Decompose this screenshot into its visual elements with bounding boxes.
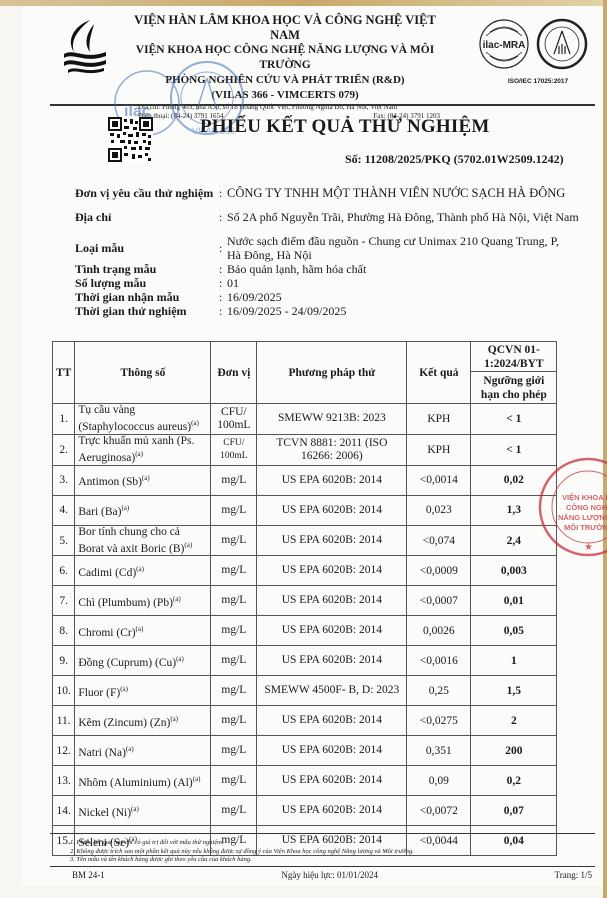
svg-text:ilac-MRA: ilac-MRA xyxy=(483,40,526,51)
cell-unit-text: CFU/ 100mL xyxy=(217,406,250,431)
ilac-mra-badge-icon: ilac-MRA xyxy=(478,18,530,70)
cell-unit-text: mg/L xyxy=(221,594,246,606)
table-row: 11.Kẽm (Zincum) (Zn)(a)mg/LUS EPA 6020B:… xyxy=(53,706,557,736)
info-label: Loại mẫu xyxy=(75,241,219,255)
cell-tt-text: 10. xyxy=(56,685,70,697)
cell-limit: 200 xyxy=(471,736,557,766)
cell-tt-text: 1. xyxy=(59,413,68,425)
cell-limit: 2,4 xyxy=(471,525,557,556)
table-row: 12.Natri (Na)(a)mg/LUS EPA 6020B: 20140,… xyxy=(53,736,557,766)
document-number: Số: 11208/2025/PKQ (5702.01W2509.1242) xyxy=(345,152,564,167)
cell-limit-text: 1,5 xyxy=(507,685,521,697)
cell-limit: < 1 xyxy=(471,434,557,465)
accreditation-mark: (a) xyxy=(120,685,128,693)
results-table: TT Thông số Đơn vị Phương pháp thử Kết q… xyxy=(52,341,557,856)
cell-unit-text: CFU/ 100mL xyxy=(220,438,247,461)
accreditation-mark: (a) xyxy=(126,745,134,753)
table-row: 7.Chì (Plumbum) (Pb)(a)mg/LUS EPA 6020B:… xyxy=(53,586,557,616)
info-label: Đơn vị yêu cầu thử nghiệm xyxy=(75,186,219,201)
info-value-received-date: 16/09/2025 xyxy=(227,290,605,304)
cell-method: US EPA 6020B: 2014 xyxy=(257,616,407,646)
header-parameter: Thông số xyxy=(75,342,211,404)
cell-result: KPH xyxy=(407,404,471,435)
info-label: Tình trạng mẫu xyxy=(75,262,219,276)
cell-parameter: Bor tính chung cho cả Borat và axit Bori… xyxy=(75,525,211,556)
cell-tt: 12. xyxy=(53,736,75,766)
info-label: Thời gian thử nghiệm xyxy=(75,304,219,318)
cell-method: US EPA 6020B: 2014 xyxy=(257,525,407,556)
cell-unit: mg/L xyxy=(211,736,257,766)
cell-unit: mg/L xyxy=(211,586,257,616)
cell-limit-text: 0,07 xyxy=(504,805,524,817)
cell-limit: 2 xyxy=(471,706,557,736)
accreditation-mark: (a) xyxy=(184,541,192,549)
cell-parameter-text: Chì (Plumbum) (Pb) xyxy=(78,596,173,608)
cell-tt-text: 7. xyxy=(59,595,68,607)
cell-result-text: <0,0009 xyxy=(420,565,458,577)
cell-parameter-text: Chromi (Cr) xyxy=(78,626,135,638)
cell-result: 0,351 xyxy=(407,736,471,766)
page-number: Trang: 1/5 xyxy=(555,870,592,880)
info-value-sample-count: 01 xyxy=(227,276,605,290)
cell-tt-text: 4. xyxy=(59,504,68,516)
cell-parameter: Chromi (Cr)(a) xyxy=(75,616,211,646)
cell-limit: 0,01 xyxy=(471,586,557,616)
cell-limit-text: 0,01 xyxy=(504,595,524,607)
cell-method: US EPA 6020B: 2014 xyxy=(257,796,407,826)
cell-limit-text: 0,2 xyxy=(507,775,521,787)
accreditation-mark: (a) xyxy=(173,595,181,603)
accreditation-mark: (a) xyxy=(142,474,150,482)
table-row: 14.Nickel (Ni)(a)mg/LUS EPA 6020B: 2014<… xyxy=(53,796,557,826)
cell-unit-text: mg/L xyxy=(221,684,246,696)
cell-parameter: Kẽm (Zincum) (Zn)(a) xyxy=(75,706,211,736)
cell-limit-text: < 1 xyxy=(506,413,521,425)
qr-code-icon xyxy=(108,117,153,162)
table-row: 6.Cadimi (Cd)(a)mg/LUS EPA 6020B: 2014<0… xyxy=(53,556,557,586)
cell-tt: 3. xyxy=(53,465,75,495)
header-standard: QCVN 01-1:2024/BYT xyxy=(471,342,557,372)
form-code: BM 24-1 xyxy=(72,870,105,880)
cell-method-text: US EPA 6020B: 2014 xyxy=(282,594,382,606)
paper-edge-right xyxy=(603,0,607,898)
cell-unit-text: mg/L xyxy=(221,804,246,816)
institute-logo-icon xyxy=(60,18,110,76)
cell-result: <0,0044 xyxy=(407,826,471,856)
info-label: Số lượng mẫu xyxy=(75,276,219,290)
header-limit: Ngưỡng giới hạn cho phép xyxy=(471,372,557,404)
cell-method-text: US EPA 6020B: 2014 xyxy=(282,474,382,486)
cell-result-text: <0,0275 xyxy=(420,715,458,727)
cell-tt: 5. xyxy=(53,525,75,556)
footnotes: 1. Phiếu kết quả này chỉ có giá trị đối … xyxy=(70,839,414,865)
cell-tt-text: 9. xyxy=(59,655,68,667)
cell-limit: 1 xyxy=(471,646,557,676)
cell-result: <0,074 xyxy=(407,525,471,556)
cell-limit-text: 0,003 xyxy=(501,565,527,577)
table-row: 4.Bari (Ba)(a)mg/LUS EPA 6020B: 20140,02… xyxy=(53,495,557,525)
cell-method-text: SMEWW 9213B: 2023 xyxy=(278,412,386,424)
cell-parameter: Natri (Na)(a) xyxy=(75,736,211,766)
cell-tt: 4. xyxy=(53,495,75,525)
cell-method: SMEWW 4500F- B, D: 2023 xyxy=(257,676,407,706)
cell-tt-text: 5. xyxy=(59,535,68,547)
cell-result: 0,25 xyxy=(407,676,471,706)
cell-unit: mg/L xyxy=(211,646,257,676)
cell-method-text: US EPA 6020B: 2014 xyxy=(282,714,382,726)
cell-method: US EPA 6020B: 2014 xyxy=(257,495,407,525)
cell-limit-text: < 1 xyxy=(506,444,521,456)
cell-method-text: SMEWW 4500F- B, D: 2023 xyxy=(264,684,399,696)
cell-result-text: KPH xyxy=(427,444,450,456)
bureau-of-accreditation-badge-icon xyxy=(536,18,588,70)
accreditation-mark: (a) xyxy=(176,655,184,663)
cell-parameter-text: Tụ cầu vàng (Staphylococcus aureus) xyxy=(78,404,191,433)
cell-unit: CFU/ 100mL xyxy=(211,434,257,465)
cell-limit-text: 1,3 xyxy=(507,504,521,516)
cell-result-text: 0,25 xyxy=(429,685,449,697)
cell-method-text: US EPA 6020B: 2014 xyxy=(282,744,382,756)
cell-unit-text: mg/L xyxy=(221,564,246,576)
cell-tt-text: 8. xyxy=(59,625,68,637)
cell-result-text: <0,0072 xyxy=(420,805,458,817)
cell-limit: 1,5 xyxy=(471,676,557,706)
cell-limit-text: 200 xyxy=(505,745,522,757)
cell-parameter: Chì (Plumbum) (Pb)(a) xyxy=(75,586,211,616)
cell-result-text: 0,023 xyxy=(426,504,452,516)
cell-limit-text: 1 xyxy=(511,655,517,667)
cell-tt-text: 2. xyxy=(59,444,68,456)
cell-parameter: Fluor (F)(a) xyxy=(75,676,211,706)
cell-unit-text: mg/L xyxy=(221,624,246,636)
cell-limit: 0,003 xyxy=(471,556,557,586)
cell-result-text: 0,351 xyxy=(426,745,452,757)
document-title: PHIẾU KẾT QUẢ THỬ NGHIỆM xyxy=(200,116,490,138)
cell-result: <0,0007 xyxy=(407,586,471,616)
cell-unit: mg/L xyxy=(211,465,257,495)
cell-method: US EPA 6020B: 2014 xyxy=(257,766,407,796)
cell-limit: 0,04 xyxy=(471,826,557,856)
cell-limit: 0,2 xyxy=(471,766,557,796)
cell-limit: 1,3 xyxy=(471,495,557,525)
cell-limit: 0,05 xyxy=(471,616,557,646)
cell-limit-text: 2,4 xyxy=(507,535,521,547)
cell-result-text: <0,0044 xyxy=(420,835,458,847)
results-table-body: 1.Tụ cầu vàng (Staphylococcus aureus)(a)… xyxy=(53,404,557,856)
cell-method-text: US EPA 6020B: 2014 xyxy=(282,654,382,666)
table-row: 2.Trực khuẩn mủ xanh (Ps. Aeruginosa)(a)… xyxy=(53,434,557,465)
cell-parameter-text: Bor tính chung cho cả Borat và axit Bori… xyxy=(78,526,184,555)
header-method: Phương pháp thử xyxy=(257,342,407,404)
cell-tt-text: 12. xyxy=(56,745,70,757)
cell-limit: 0,02 xyxy=(471,465,557,495)
cell-tt-text: 13. xyxy=(56,775,70,787)
cell-method: US EPA 6020B: 2014 xyxy=(257,586,407,616)
cell-method: SMEWW 9213B: 2023 xyxy=(257,404,407,435)
table-row: 13.Nhôm (Aluminium) (Al)(a)mg/LUS EPA 60… xyxy=(53,766,557,796)
cell-parameter: Antimon (Sb)(a) xyxy=(75,465,211,495)
cell-tt-text: 6. xyxy=(59,565,68,577)
cell-unit: mg/L xyxy=(211,676,257,706)
cell-parameter: Nickel (Ni)(a) xyxy=(75,796,211,826)
cell-unit: mg/L xyxy=(211,556,257,586)
header-tt: TT xyxy=(53,342,75,404)
cell-method: US EPA 6020B: 2014 xyxy=(257,556,407,586)
cell-method-text: US EPA 6020B: 2014 xyxy=(282,774,382,786)
cell-parameter: Đồng (Cuprum) (Cu)(a) xyxy=(75,646,211,676)
cell-method: US EPA 6020B: 2014 xyxy=(257,736,407,766)
cell-method-text: US EPA 6020B: 2014 xyxy=(282,804,382,816)
table-row: 9.Đồng (Cuprum) (Cu)(a)mg/LUS EPA 6020B:… xyxy=(53,646,557,676)
cell-parameter-text: Nhôm (Aluminium) (Al) xyxy=(78,776,192,788)
cell-result: 0,09 xyxy=(407,766,471,796)
cell-result-text: 0,0026 xyxy=(423,625,455,637)
footer-divider xyxy=(50,833,595,834)
cell-limit-text: 2 xyxy=(511,715,517,727)
cell-method-text: TCVN 8881: 2011 (ISO 16266: 2006) xyxy=(276,437,387,462)
accreditation-mark: (a) xyxy=(136,565,144,573)
table-row: 3.Antimon (Sb)(a)mg/LUS EPA 6020B: 2014<… xyxy=(53,465,557,495)
cell-limit: 0,07 xyxy=(471,796,557,826)
cell-parameter: Nhôm (Aluminium) (Al)(a) xyxy=(75,766,211,796)
cell-unit-text: mg/L xyxy=(221,714,246,726)
cell-parameter-text: Bari (Ba) xyxy=(78,506,121,518)
header-divider xyxy=(50,104,595,106)
cell-result: 0,0026 xyxy=(407,616,471,646)
cell-result-text: KPH xyxy=(427,413,450,425)
cell-limit-text: 0,04 xyxy=(504,835,524,847)
cell-unit: mg/L xyxy=(211,616,257,646)
cell-tt-text: 15. xyxy=(56,835,70,847)
cell-parameter: Tụ cầu vàng (Staphylococcus aureus)(a) xyxy=(75,404,211,435)
cell-unit-text: mg/L xyxy=(221,654,246,666)
footnote: 2. Không được trích sao một phần kết quả… xyxy=(70,848,414,857)
cell-parameter-text: Natri (Na) xyxy=(78,746,126,758)
cell-unit: mg/L xyxy=(211,796,257,826)
cell-tt: 8. xyxy=(53,616,75,646)
effective-date: Ngày hiệu lực: 01/01/2024 xyxy=(281,870,378,880)
cell-parameter: Trực khuẩn mủ xanh (Ps. Aeruginosa)(a) xyxy=(75,434,211,465)
cell-result-text: <0,0014 xyxy=(420,474,458,486)
cell-unit: mg/L xyxy=(211,706,257,736)
cell-limit: < 1 xyxy=(471,404,557,435)
cell-parameter-text: Fluor (F) xyxy=(78,686,120,698)
cell-unit-text: mg/L xyxy=(221,534,246,546)
cell-unit-text: mg/L xyxy=(221,504,246,516)
cell-result: 0,023 xyxy=(407,495,471,525)
cell-method: US EPA 6020B: 2014 xyxy=(257,465,407,495)
cell-limit-text: 0,05 xyxy=(504,625,524,637)
cell-method-text: US EPA 6020B: 2014 xyxy=(282,534,382,546)
cell-result-text: <0,0007 xyxy=(420,595,458,607)
cell-parameter-text: Antimon (Sb) xyxy=(78,476,142,488)
accreditation-mark: (a) xyxy=(121,504,129,512)
info-value-test-period: 16/09/2025 - 24/09/2025 xyxy=(227,304,605,318)
info-label: Địa chỉ xyxy=(75,210,219,225)
header-result: Kết quả xyxy=(407,342,471,404)
cell-parameter-text: Nickel (Ni) xyxy=(78,806,131,818)
cell-tt: 9. xyxy=(53,646,75,676)
cell-unit-text: mg/L xyxy=(221,474,246,486)
cell-result-text: 0,09 xyxy=(429,775,449,787)
accreditation-mark: (a) xyxy=(191,419,199,427)
cell-tt-text: 3. xyxy=(59,474,68,486)
table-row: 1.Tụ cầu vàng (Staphylococcus aureus)(a)… xyxy=(53,404,557,435)
cell-tt: 2. xyxy=(53,434,75,465)
footer-divider-2 xyxy=(50,866,595,867)
table-row: 5.Bor tính chung cho cả Borat và axit Bo… xyxy=(53,525,557,556)
cell-method-text: US EPA 6020B: 2014 xyxy=(282,564,382,576)
cell-tt-text: 11. xyxy=(57,715,71,727)
cell-result: <0,0016 xyxy=(407,646,471,676)
accreditation-block: ilac-MRA ISO/IEC 17025:2017 xyxy=(478,18,598,85)
cell-tt-text: 14. xyxy=(56,805,70,817)
cell-result: <0,0072 xyxy=(407,796,471,826)
sample-info: Đơn vị yêu cầu thử nghiệm : CÔNG TY TNHH… xyxy=(75,186,605,318)
cell-unit: mg/L xyxy=(211,495,257,525)
info-value-sample-condition: Bảo quản lạnh, hãm hóa chất xyxy=(227,262,605,276)
cell-method: US EPA 6020B: 2014 xyxy=(257,706,407,736)
cell-result: KPH xyxy=(407,434,471,465)
footnote: 3. Tên mẫu và tên khách hàng được ghi th… xyxy=(70,856,414,865)
accreditation-mark: (a) xyxy=(170,715,178,723)
cell-tt: 13. xyxy=(53,766,75,796)
cell-result: <0,0275 xyxy=(407,706,471,736)
cell-result-text: <0,074 xyxy=(423,535,455,547)
cell-limit-text: 0,02 xyxy=(504,474,524,486)
cell-method-text: US EPA 6020B: 2014 xyxy=(282,624,382,636)
cell-tt: 10. xyxy=(53,676,75,706)
info-value-sample-type: Nước sạch điểm đầu nguồn - Chung cư Unim… xyxy=(227,234,605,262)
cell-method: TCVN 8881: 2011 (ISO 16266: 2006) xyxy=(257,434,407,465)
cell-result: <0,0009 xyxy=(407,556,471,586)
cell-tt: 14. xyxy=(53,796,75,826)
accreditation-mark: (a) xyxy=(193,775,201,783)
cell-tt: 7. xyxy=(53,586,75,616)
iso-standard: ISO/IEC 17025:2017 xyxy=(478,78,598,85)
cell-method: US EPA 6020B: 2014 xyxy=(257,646,407,676)
org-line-2: VIỆN KHOA HỌC CÔNG NGHỆ NĂNG LƯỢNG VÀ MÔ… xyxy=(120,43,450,73)
table-row: 10.Fluor (F)(a)mg/LSMEWW 4500F- B, D: 20… xyxy=(53,676,557,706)
cell-result-text: <0,0016 xyxy=(420,655,458,667)
table-row: 8.Chromi (Cr)(a)mg/LUS EPA 6020B: 20140,… xyxy=(53,616,557,646)
info-value-client: CÔNG TY TNHH MỘT THÀNH VIÊN NƯỚC SẠCH HÀ… xyxy=(227,186,605,201)
org-line-4: (VILAS 366 - VIMCERTS 079) xyxy=(120,88,450,103)
cell-unit-text: mg/L xyxy=(221,774,246,786)
cell-parameter-text: Kẽm (Zincum) (Zn) xyxy=(78,716,170,728)
info-value-address: Số 2A phố Nguyễn Trãi, Phường Hà Đông, T… xyxy=(227,210,605,225)
cell-unit: mg/L xyxy=(211,525,257,556)
cell-result: <0,0014 xyxy=(407,465,471,495)
cell-parameter: Cadimi (Cd)(a) xyxy=(75,556,211,586)
accreditation-mark: (a) xyxy=(131,805,139,813)
org-line-1: VIỆN HÀN LÂM KHOA HỌC VÀ CÔNG NGHỆ VIỆT … xyxy=(120,13,450,43)
accreditation-mark: (a) xyxy=(135,450,143,458)
org-line-3: PHÒNG NGHIÊN CỨU VÀ PHÁT TRIỂN (R&D) xyxy=(120,73,450,88)
header-unit: Đơn vị xyxy=(211,342,257,404)
cell-parameter: Bari (Ba)(a) xyxy=(75,495,211,525)
cell-unit: CFU/ 100mL xyxy=(211,404,257,435)
cell-tt: 11. xyxy=(53,706,75,736)
cell-method-text: US EPA 6020B: 2014 xyxy=(282,504,382,516)
cell-tt: 6. xyxy=(53,556,75,586)
info-label: Thời gian nhận mẫu xyxy=(75,290,219,304)
footnote: 1. Phiếu kết quả này chỉ có giá trị đối … xyxy=(70,839,414,848)
cell-unit-text: mg/L xyxy=(221,744,246,756)
cell-tt: 1. xyxy=(53,404,75,435)
cell-parameter-text: Cadimi (Cd) xyxy=(78,566,136,578)
page-footer: BM 24-1 Ngày hiệu lực: 01/01/2024 Trang:… xyxy=(72,870,592,880)
cell-parameter-text: Đồng (Cuprum) (Cu) xyxy=(78,656,176,668)
cell-unit: mg/L xyxy=(211,766,257,796)
accreditation-mark: (a) xyxy=(136,625,144,633)
